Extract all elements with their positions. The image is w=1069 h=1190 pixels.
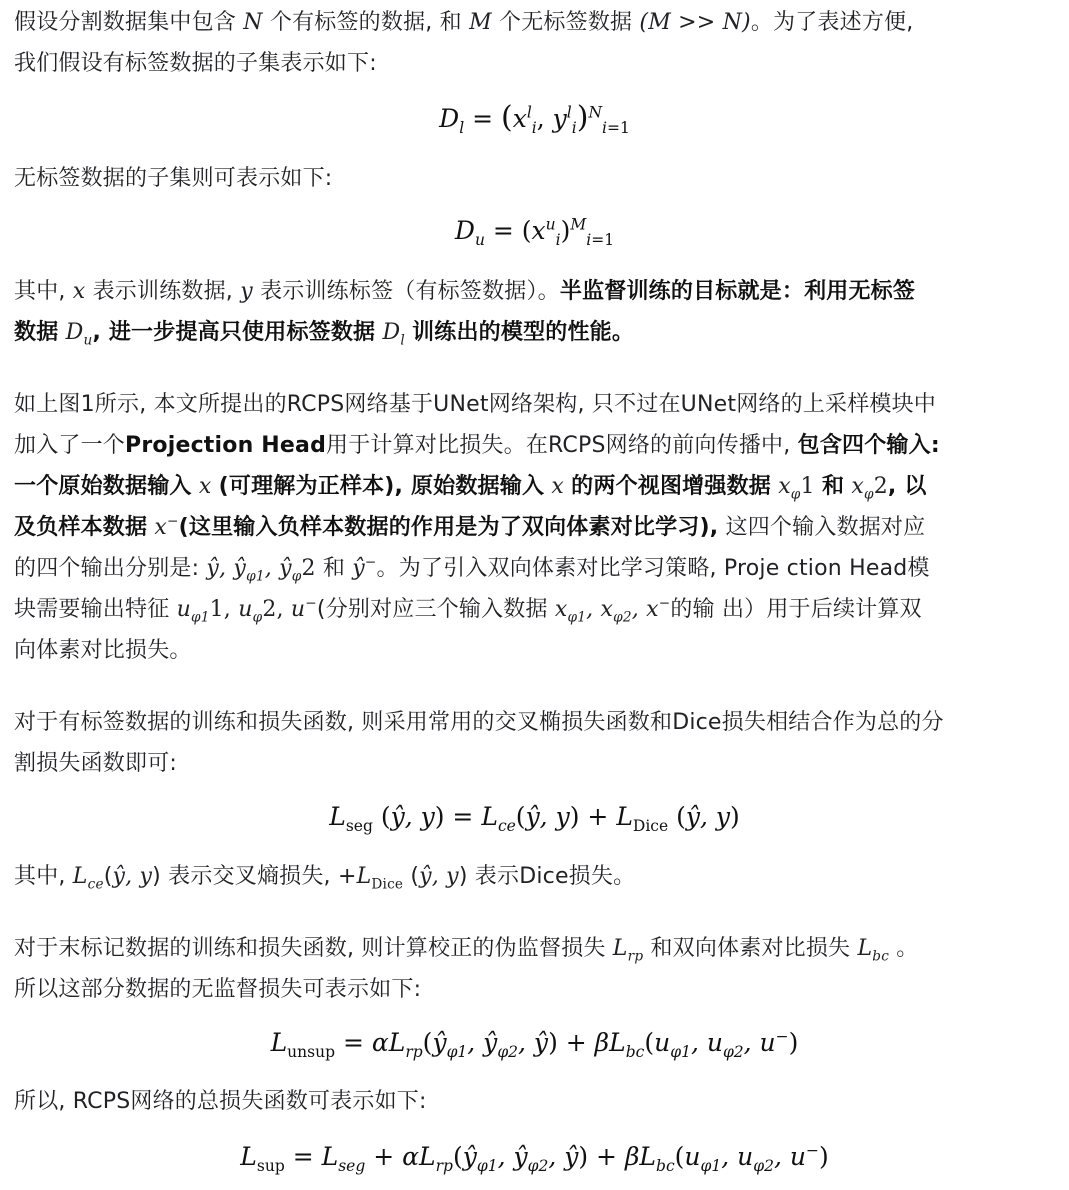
- text: 向体素对比损失。: [14, 638, 192, 663]
- text: 。: [896, 936, 918, 961]
- equation-unlabeled-set: Du = (xui)Mi=1: [0, 216, 1069, 245]
- equation-unsup-loss: Lunsup = αLrp(ŷφ1, ŷφ2, ŷ) + βLbc(uφ1, u…: [0, 1028, 1069, 1057]
- bold-text: , 以: [888, 474, 927, 499]
- bold-text: (可理解为正样本), 原始数据输入: [219, 474, 545, 499]
- text: 割损失函数即可:: [14, 751, 177, 776]
- paragraph-unlabeled-loss: 对于末标记数据的训练和损失函数, 则计算校正的伪监督损失 Lrp 和双向体素对比…: [14, 928, 1059, 1010]
- text: 的四个输出分别是:: [14, 556, 199, 581]
- paragraph-goal: 其中, x 表示训练数据, y 表示训练标签（有标签数据）。半监督训练的目标就是…: [14, 271, 1059, 353]
- equation-seg-loss: Lseg (ŷ, y) = Lce(ŷ, y) + LDice (ŷ, y): [0, 802, 1069, 831]
- text: 这四个输入数据对应: [726, 515, 926, 540]
- text: 。为了表述方便,: [751, 10, 914, 35]
- text: 假设分割数据集中包含: [14, 10, 236, 35]
- bold-text: (这里输入负样本数据的作用是为了双向体素对比学习),: [179, 515, 719, 540]
- equation-total-loss: Lsup = Lseg + αLrp(ŷφ1, ŷφ2, ŷ) + βLbc(u…: [0, 1142, 1069, 1171]
- text: 表示Dice损失。: [475, 864, 635, 889]
- text: 表示训练标签（有标签数据）。: [260, 279, 560, 304]
- text: 和: [323, 556, 345, 581]
- paragraph-rcps: 如上图1所示, 本文所提出的RCPS网络基于UNet网络架构, 只不过在UNet…: [14, 384, 1059, 671]
- text: 。为了引入双向体素对比学习策略, Proje ction Head模: [377, 556, 930, 581]
- text: 表示交叉熵损失,: [168, 864, 331, 889]
- paragraph-intro: 假设分割数据集中包含 N 个有标签的数据, 和 M 个无标签数据 (M >> N…: [14, 2, 1059, 84]
- bold-text: 半监督训练的目标就是：利用无标签: [560, 279, 915, 304]
- equation-labeled-set: Dl = (xli, yli)Ni=1: [0, 100, 1069, 135]
- paragraph-labeled-loss: 对于有标签数据的训练和损失函数, 则采用常用的交叉椭损失函数和Dice损失相结合…: [14, 702, 1059, 784]
- text: 其中,: [14, 279, 66, 304]
- text: 对于有标签数据的训练和损失函数, 则采用常用的交叉椭损失函数和Dice损失相结合…: [14, 710, 944, 735]
- paragraph-loss-explain: 其中, Lce(ŷ, y) 表示交叉熵损失, +LDice (ŷ, y) 表示D…: [14, 856, 1059, 897]
- bold-text: 及负样本数据: [14, 515, 147, 540]
- text: 的输 出）用于后续计算双: [670, 597, 921, 622]
- text: 其中,: [14, 864, 66, 889]
- paragraph-unlabeled: 无标签数据的子集则可表示如下:: [14, 158, 1059, 199]
- text: 用于计算对比损失。在RCPS网络的前向传播中,: [326, 433, 790, 458]
- paragraph-total-loss: 所以, RCPS网络的总损失函数可表示如下:: [14, 1081, 1059, 1122]
- text: 如上图1所示, 本文所提出的RCPS网络基于UNet网络架构, 只不过在UNet…: [14, 392, 936, 417]
- text: 块需要输出特征: [14, 597, 169, 622]
- bold-text: 一个原始数据输入: [14, 474, 192, 499]
- bold-text: 包含四个输入:: [798, 433, 940, 458]
- text: 对于末标记数据的训练和损失函数, 则计算校正的伪监督损失: [14, 936, 606, 961]
- text: 个无标签数据: [499, 10, 632, 35]
- text: 所以, RCPS网络的总损失函数可表示如下:: [14, 1089, 427, 1114]
- text: 加入了一个: [14, 433, 125, 458]
- text: 无标签数据的子集则可表示如下:: [14, 166, 332, 191]
- text: (分别对应三个输入数据: [317, 597, 548, 622]
- text: 和双向体素对比损失: [650, 936, 850, 961]
- bold-text: 数据: [14, 320, 58, 345]
- bold-text: , 进一步提高只使用标签数据: [92, 320, 375, 345]
- bold-text: Projection Head: [125, 433, 326, 458]
- text: 所以这部分数据的无监督损失可表示如下:: [14, 977, 421, 1002]
- math-y: y: [240, 279, 253, 304]
- bold-text: 和: [822, 474, 844, 499]
- math-M: M: [469, 10, 492, 35]
- text: 表示训练数据,: [93, 279, 233, 304]
- bold-text: 的两个视图增强数据: [571, 474, 771, 499]
- math-condition: (M >> N): [639, 10, 750, 35]
- text: 我们假设有标签数据的子集表示如下:: [14, 51, 377, 76]
- math-N: N: [243, 10, 262, 35]
- math-x: x: [73, 279, 86, 304]
- bold-text: 训练出的模型的性能。: [412, 320, 634, 345]
- text: 个有标签的数据, 和: [270, 10, 462, 35]
